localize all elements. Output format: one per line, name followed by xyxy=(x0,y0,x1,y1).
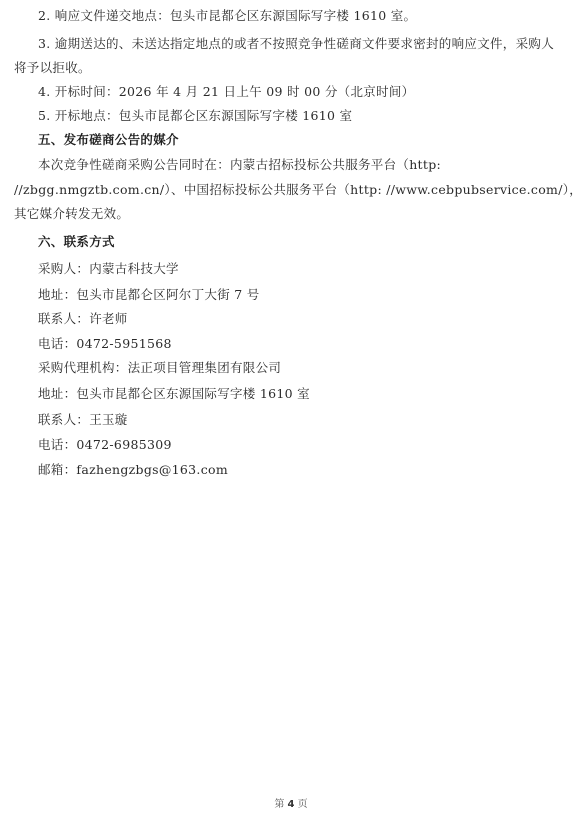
agency-phone: 电话：0472-6985309 xyxy=(38,437,172,453)
media-paragraph-cont: //zbgg.nmgztb.com.cn/）、中国招标投标公共服务平台（http… xyxy=(14,182,582,198)
media-paragraph: 本次竞争性磋商采购公告同时在：内蒙古招标投标公共服务平台（http: xyxy=(38,157,441,173)
item-opening-time: 4. 开标时间：2026 年 4 月 21 日上午 09 时 00 分（北京时间… xyxy=(38,84,414,100)
page-number: 第 4 页 xyxy=(0,795,582,810)
page-suffix: 页 xyxy=(298,799,308,810)
item-submission-location: 2. 响应文件递交地点：包头市昆都仑区东源国际写字楼 1610 室。 xyxy=(38,8,416,24)
agency-name: 采购代理机构：法正项目管理集团有限公司 xyxy=(38,360,281,376)
section-heading-contact: 六、联系方式 xyxy=(38,234,115,250)
page-prefix: 第 xyxy=(274,799,284,810)
agency-address: 地址：包头市昆都仑区东源国际写字楼 1610 室 xyxy=(38,386,310,402)
media-paragraph-end: 其它媒介转发无效。 xyxy=(14,206,129,222)
page-number-value: 4 xyxy=(288,799,295,810)
item-late-rejection: 3. 逾期送达的、未送达指定地点的或者不按照竞争性磋商文件要求密封的响应文件，采… xyxy=(38,36,554,52)
agency-email: 邮箱：fazhengzbgs@163.com xyxy=(38,462,228,478)
section-heading-media: 五、发布磋商公告的媒介 xyxy=(38,132,179,148)
purchaser-contact: 联系人：许老师 xyxy=(38,311,128,327)
item-opening-location: 5. 开标地点：包头市昆都仑区东源国际写字楼 1610 室 xyxy=(38,108,352,124)
agency-contact: 联系人：王玉璇 xyxy=(38,412,128,428)
item-late-rejection-cont: 将予以拒收。 xyxy=(14,60,91,76)
purchaser-address: 地址：包头市昆都仑区阿尔丁大街 7 号 xyxy=(38,287,260,303)
purchaser-phone: 电话：0472-5951568 xyxy=(38,336,172,352)
purchaser-name: 采购人：内蒙古科技大学 xyxy=(38,261,179,277)
